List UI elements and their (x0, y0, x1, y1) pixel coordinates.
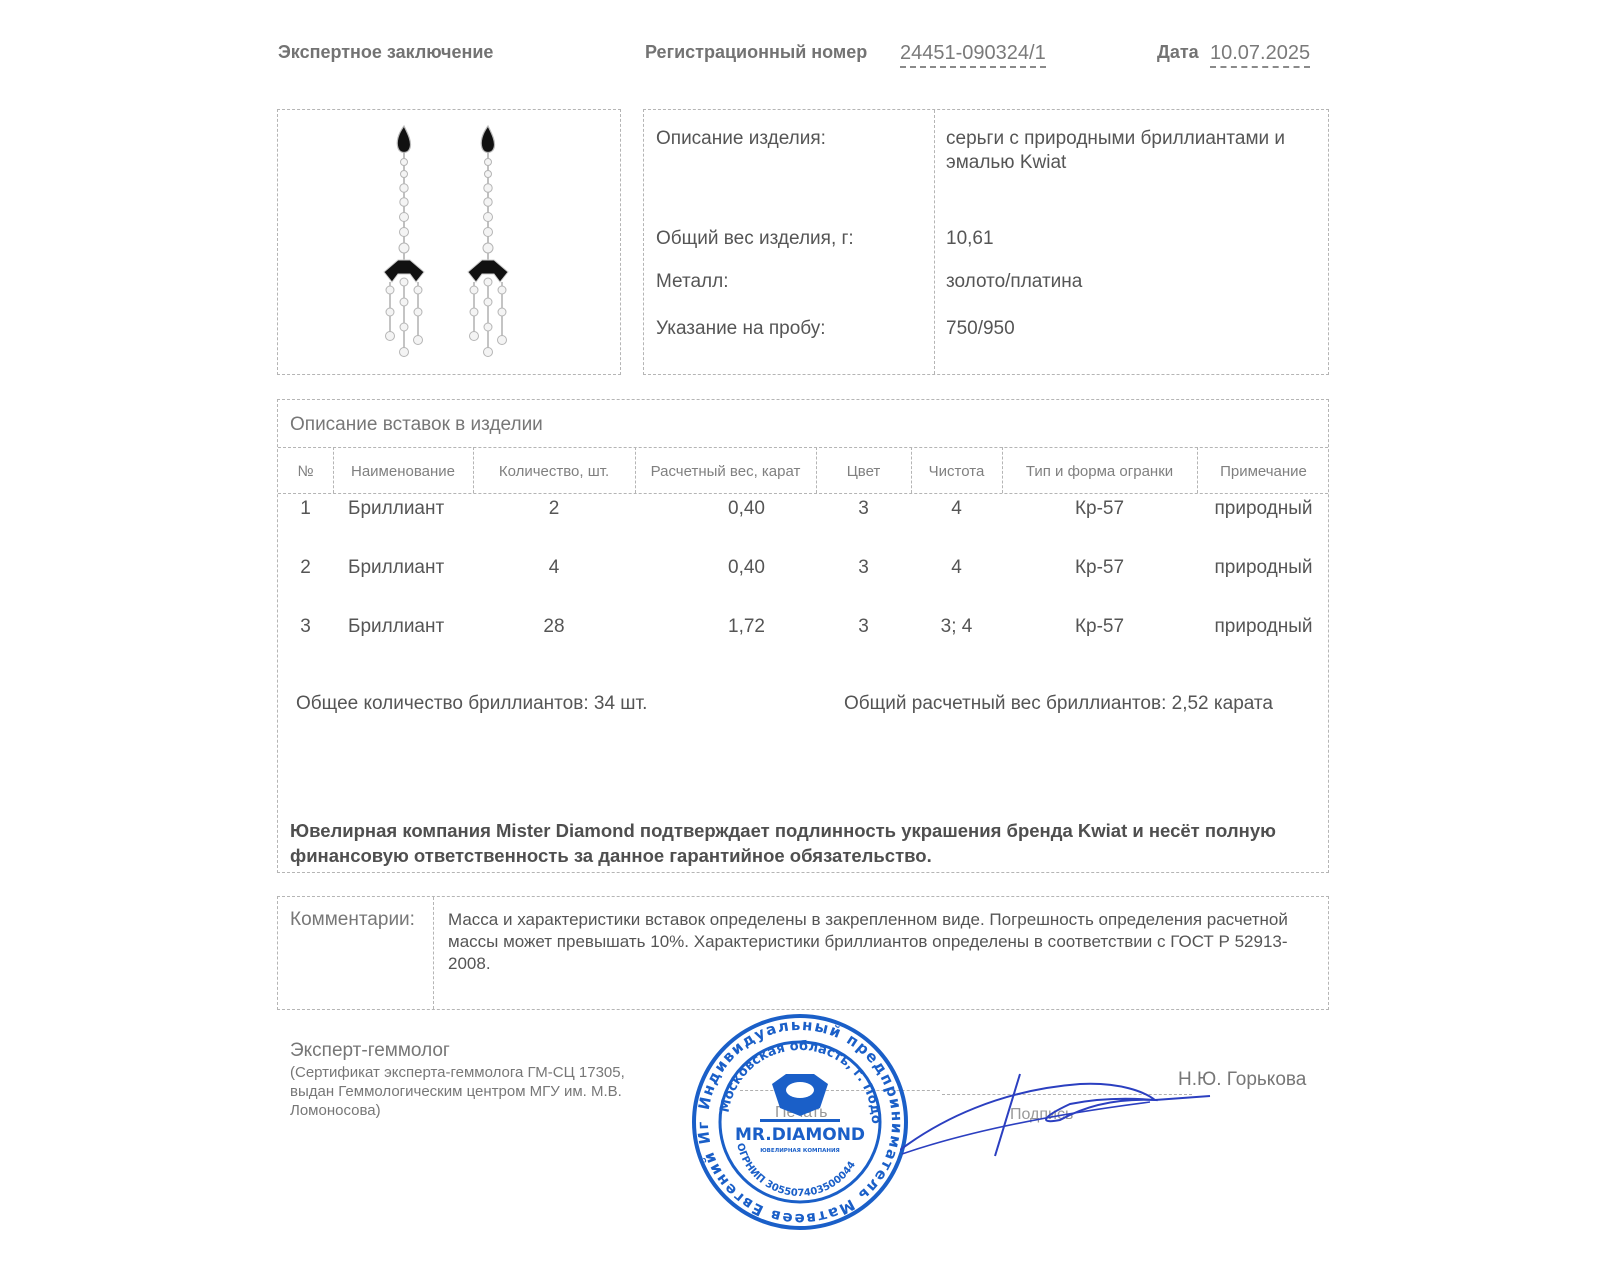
column-header-quantity: Количество, шт. (473, 463, 635, 480)
description-label: Описание изделия: (656, 128, 826, 150)
total-count: Общее количество бриллиантов: 34 шт. (296, 693, 647, 715)
row-number: 1 (278, 498, 333, 520)
row-name: Бриллиант (348, 616, 488, 638)
comments-text: Масса и характеристики вставок определен… (448, 909, 1328, 975)
hallmark-value: 750/950 (946, 317, 1316, 341)
document-title: Экспертное заключение (278, 42, 493, 63)
svg-text:MR.DIAMOND: MR.DIAMOND (735, 1125, 865, 1145)
row-quantity: 4 (473, 557, 635, 579)
row-name: Бриллиант (348, 557, 488, 579)
weight-label: Общий вес изделия, г: (656, 228, 854, 250)
earrings-image (278, 110, 622, 376)
registration-number-value: 24451-090324/1 (900, 42, 1046, 68)
row-clarity: 3; 4 (911, 616, 1002, 638)
row-note: природный (1197, 557, 1330, 579)
column-header-clarity: Чистота (911, 463, 1002, 480)
comments-label: Комментарии: (290, 909, 415, 931)
signature-scribble-icon (900, 1070, 1230, 1160)
column-header-weight: Расчетный вес, карат (635, 463, 816, 480)
description-value: серьги с природными бриллиантами и эмаль… (946, 127, 1316, 175)
expert-title: Эксперт-геммолог (290, 1040, 450, 1062)
handwritten-signature (900, 1070, 1230, 1165)
row-clarity: 4 (911, 557, 1002, 579)
total-weight: Общий расчетный вес бриллиантов: 2,52 ка… (844, 693, 1273, 715)
date-label: Дата (1157, 42, 1199, 63)
column-header-cut: Тип и форма огранки (1002, 463, 1197, 480)
row-cut: Кр-57 (1002, 557, 1197, 579)
comments-section: Комментарии: Масса и характеристики вста… (277, 896, 1329, 1010)
comments-divider (433, 897, 434, 1009)
row-color: 3 (816, 498, 911, 520)
inserts-section: Описание вставок в изделии № Наименовани… (277, 399, 1329, 873)
weight-value: 10,61 (946, 227, 1316, 251)
column-header-name: Наименование (333, 463, 473, 480)
metal-label: Металл: (656, 271, 728, 293)
expert-certificate: (Сертификат эксперта-геммолога ГМ-СЦ 173… (290, 1063, 670, 1120)
row-cut: Кр-57 (1002, 616, 1197, 638)
row-name: Бриллиант (348, 498, 488, 520)
inserts-title: Описание вставок в изделии (290, 414, 543, 436)
column-header-color: Цвет (816, 463, 911, 480)
row-note: природный (1197, 498, 1330, 520)
stamp-seal-icon: Индивидуальный предприниматель Матвеев Е… (690, 1012, 910, 1232)
table-header-bottom-line (278, 493, 1328, 494)
row-quantity: 2 (473, 498, 635, 520)
row-color: 3 (816, 557, 911, 579)
row-cut: Кр-57 (1002, 498, 1197, 520)
row-weight: 0,40 (656, 557, 837, 579)
product-image-box (277, 109, 621, 375)
row-weight: 0,40 (656, 498, 837, 520)
product-info-box: Описание изделия: серьги с природными бр… (643, 109, 1329, 375)
row-number: 3 (278, 616, 333, 638)
row-clarity: 4 (911, 498, 1002, 520)
row-weight: 1,72 (656, 616, 837, 638)
metal-value: золото/платина (946, 270, 1316, 294)
info-column-divider (934, 110, 935, 374)
column-header-number: № (278, 463, 333, 480)
row-note: природный (1197, 616, 1330, 638)
row-color: 3 (816, 616, 911, 638)
column-header-note: Примечание (1197, 463, 1330, 480)
table-header-top-line (278, 447, 1328, 448)
svg-text:ЮВЕЛИРНАЯ КОМПАНИЯ: ЮВЕЛИРНАЯ КОМПАНИЯ (760, 1148, 840, 1154)
company-stamp: Индивидуальный предприниматель Матвеев Е… (690, 1012, 910, 1237)
registration-number-label: Регистрационный номер (645, 42, 867, 63)
date-value: 10.07.2025 (1210, 42, 1310, 68)
hallmark-label: Указание на пробу: (656, 318, 826, 340)
row-number: 2 (278, 557, 333, 579)
row-quantity: 28 (473, 616, 635, 638)
guarantee-statement: Ювелирная компания Mister Diamond подтве… (290, 818, 1320, 868)
